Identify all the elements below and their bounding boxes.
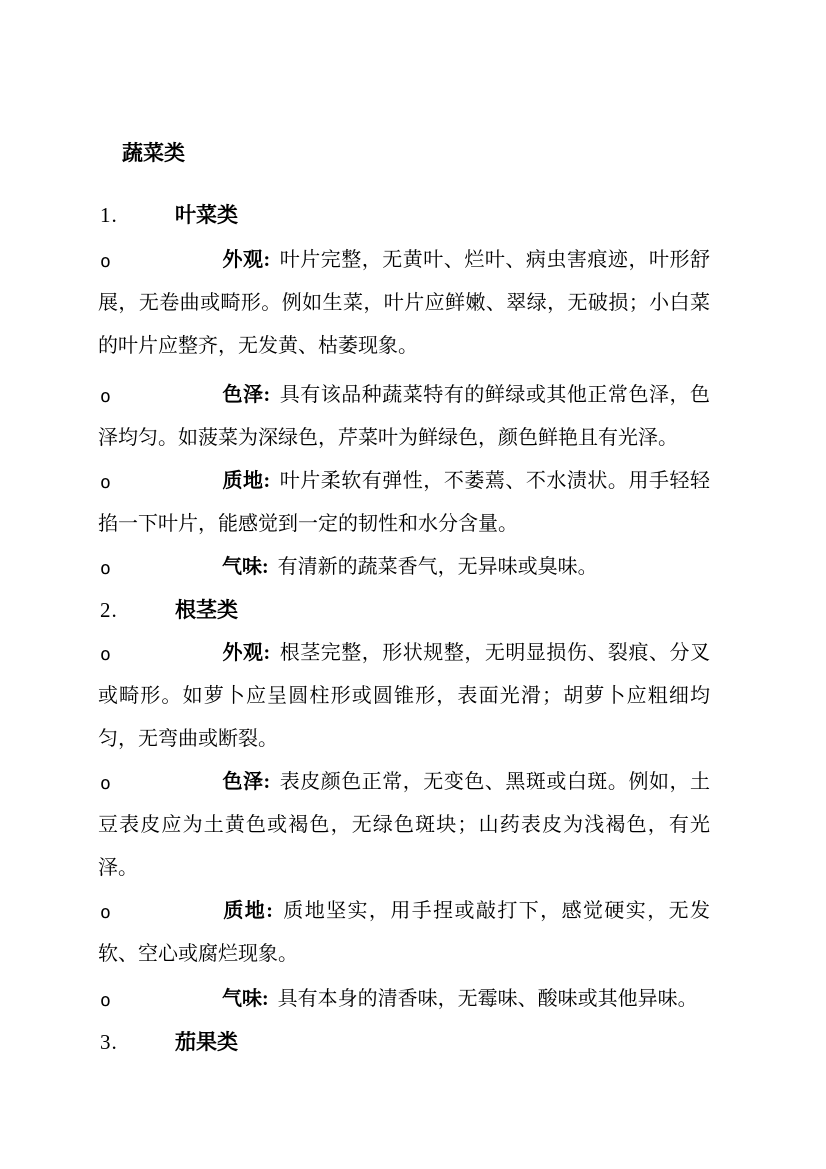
section-heading-3: 3. 茄果类: [0, 1021, 826, 1064]
bullet-marker: o: [100, 891, 111, 934]
bullet-marker: o: [100, 979, 111, 1022]
bullet-text: 质地坚实，用手捏或敲打下，感觉硬实，无发软、空心或腐烂现象。: [98, 900, 710, 965]
list-item: o 外观:叶片完整，无黄叶、烂叶、病虫害痕迹，叶形舒展，无卷曲或畸形。例如生菜，…: [0, 239, 826, 368]
bullet-text: 根茎完整，形状规整，无明显损伤、裂痕、分叉或畸形。如萝卜应呈圆柱形或圆锥形，表面…: [98, 642, 710, 750]
section-number: 3.: [100, 1021, 118, 1064]
bullet-marker: o: [100, 547, 111, 590]
bullet-label: 色泽:: [222, 771, 270, 793]
bullet-label: 质地:: [222, 900, 273, 922]
bullet-marker: o: [100, 633, 111, 676]
bullet-text: 有清新的蔬菜香气，无异味或臭味。: [278, 556, 598, 578]
bullet-label: 气味:: [222, 988, 269, 1010]
bullet-text: 具有本身的清香味，无霉味、酸味或其他异味。: [278, 988, 698, 1010]
section-heading-1: 1. 叶菜类: [0, 194, 826, 237]
section-heading-2: 2. 根茎类: [0, 589, 826, 632]
document-title: 蔬菜类: [0, 132, 826, 175]
list-item: o 气味:有清新的蔬菜香气，无异味或臭味。: [0, 546, 826, 589]
section-heading-label: 叶菜类: [175, 203, 238, 227]
section-heading-label: 根茎类: [175, 598, 238, 622]
section-number: 2.: [100, 589, 118, 632]
list-item: o 外观:根茎完整，形状规整，无明显损伤、裂痕、分叉或畸形。如萝卜应呈圆柱形或圆…: [0, 632, 826, 761]
bullet-text: 叶片完整，无黄叶、烂叶、病虫害痕迹，叶形舒展，无卷曲或畸形。例如生菜，叶片应鲜嫩…: [98, 249, 710, 357]
bullet-label: 气味:: [222, 556, 269, 578]
bullet-marker: o: [100, 762, 111, 805]
section-heading-label: 茄果类: [175, 1030, 238, 1054]
bullet-text: 叶片柔软有弹性，不萎蔫、不水渍状。用手轻轻掐一下叶片，能感觉到一定的韧性和水分含…: [98, 470, 710, 535]
bullet-marker: o: [100, 461, 111, 504]
list-item: o 气味:具有本身的清香味，无霉味、酸味或其他异味。: [0, 978, 826, 1021]
bullet-marker: o: [100, 240, 111, 283]
list-item: o 色泽:表皮颜色正常，无变色、黑斑或白斑。例如，土豆表皮应为土黄色或褐色，无绿…: [0, 761, 826, 890]
bullet-label: 色泽:: [222, 384, 270, 406]
list-item: o 质地:叶片柔软有弹性，不萎蔫、不水渍状。用手轻轻掐一下叶片，能感觉到一定的韧…: [0, 460, 826, 546]
bullet-text: 具有该品种蔬菜特有的鲜绿或其他正常色泽，色泽均匀。如菠菜为深绿色，芹菜叶为鲜绿色…: [98, 384, 710, 449]
bullet-marker: o: [100, 375, 111, 418]
document-page: 蔬菜类 1. 叶菜类 o 外观:叶片完整，无黄叶、烂叶、病虫害痕迹，叶形舒展，无…: [0, 0, 826, 1169]
bullet-text: 表皮颜色正常，无变色、黑斑或白斑。例如，土豆表皮应为土黄色或褐色，无绿色斑块；山…: [98, 771, 710, 879]
section-number: 1.: [100, 194, 118, 237]
bullet-label: 质地:: [222, 470, 270, 492]
list-item: o 质地:质地坚实，用手捏或敲打下，感觉硬实，无发软、空心或腐烂现象。: [0, 890, 826, 976]
bullet-label: 外观:: [222, 642, 270, 664]
list-item: o 色泽:具有该品种蔬菜特有的鲜绿或其他正常色泽，色泽均匀。如菠菜为深绿色，芹菜…: [0, 374, 826, 460]
bullet-label: 外观:: [222, 249, 270, 271]
